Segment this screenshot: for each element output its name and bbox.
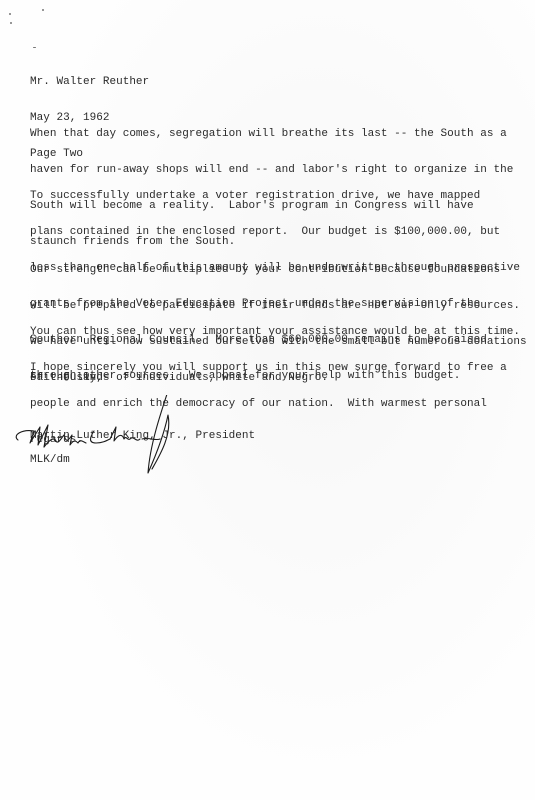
text-line: plans contained in the enclosed report. … (30, 226, 520, 238)
typist-initials: MLK/dm (30, 454, 70, 466)
paper-speck (33, 47, 36, 48)
text-line: people and enrich the democracy of our n… (30, 398, 520, 410)
paper-speck (9, 13, 11, 15)
signer-name: Martin Luther King, Jr., President (30, 430, 255, 442)
text-line: I hope sincerely you will support us in … (30, 362, 520, 374)
paragraph-4: You can thus see how very important your… (30, 302, 520, 470)
text-line: When that day comes, segregation will br… (30, 128, 513, 140)
text-line: You can thus see how very important your… (30, 326, 520, 338)
closing: Faithfully, (30, 372, 103, 384)
letter-page: Mr. Walter Reuther May 23, 1962 Page Two… (0, 0, 535, 800)
text-line: To successfully undertake a voter regist… (30, 190, 520, 202)
paper-speck (42, 9, 44, 11)
paper-speck (10, 22, 12, 24)
recipient-name: Mr. Walter Reuther (30, 76, 149, 88)
text-line: Our strength can be multiplied by your c… (30, 264, 527, 276)
